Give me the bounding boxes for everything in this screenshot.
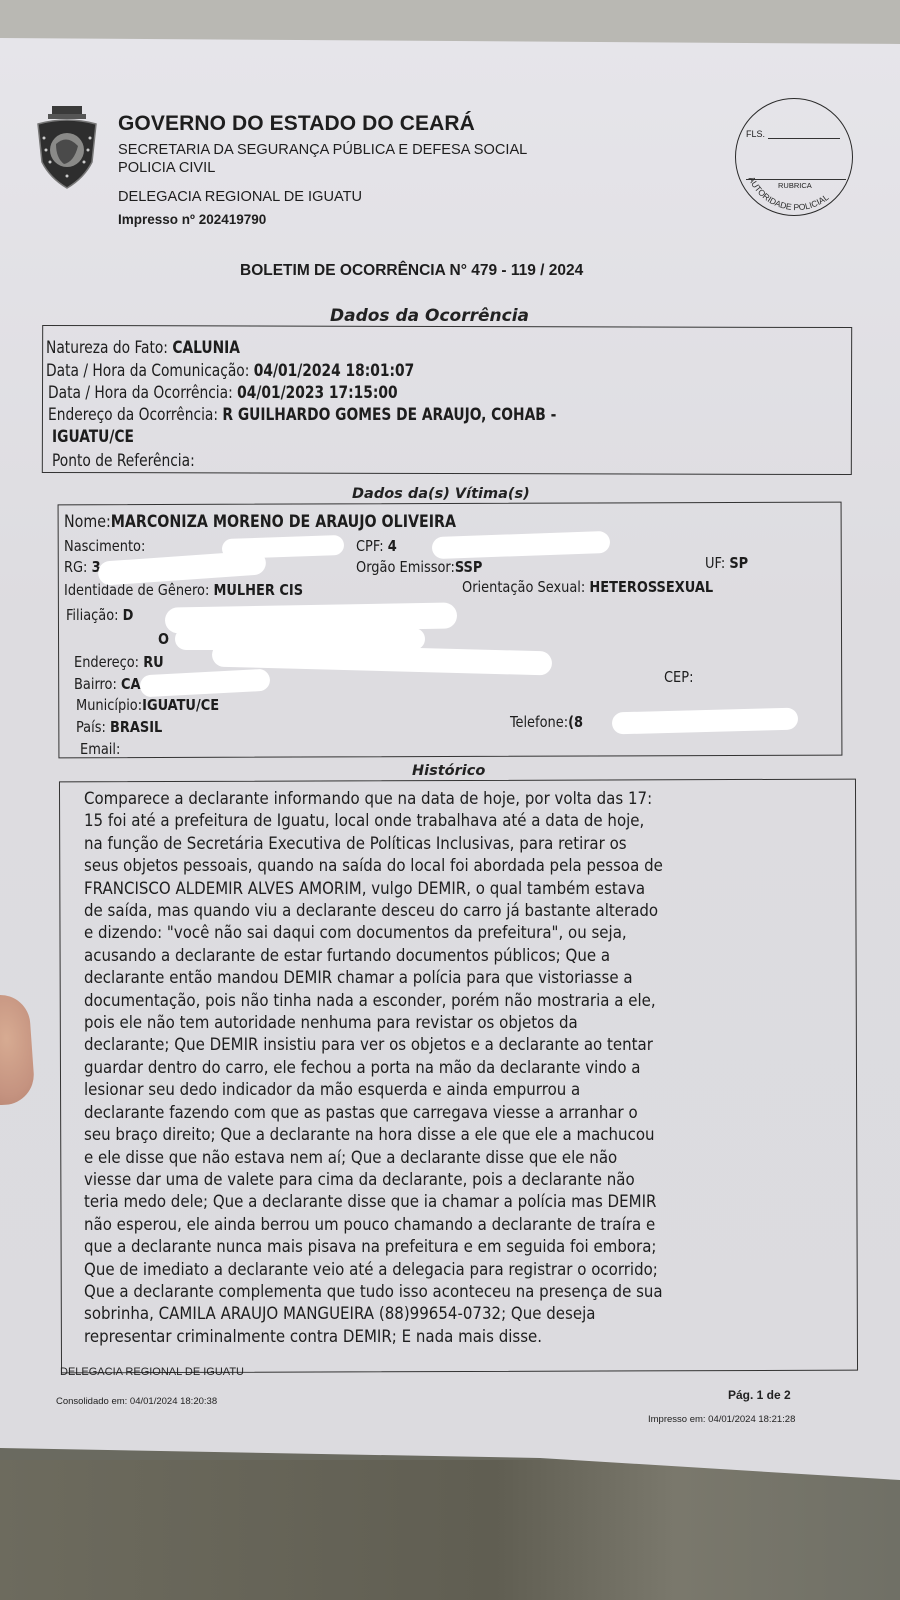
secretariat-name: SECRETARIA DA SEGURANÇA PÚBLICA E DEFESA… (118, 142, 527, 158)
field-value: IGUATU/CE (52, 427, 134, 446)
parents-label: Filiação: (66, 606, 119, 624)
issuer-label: Orgão Emissor: (356, 558, 455, 576)
page-indicator: Pág. 1 de 2 (728, 1388, 791, 1402)
government-title: GOVERNO DO ESTADO DO CEARÁ (118, 112, 475, 136)
history-line: documentação, pois não tinha nada a esco… (84, 990, 790, 1012)
field-label: Data / Hora da Ocorrência: (48, 383, 237, 402)
victim-orientation-row: Orientação Sexual: HETEROSSEXUAL (462, 578, 713, 596)
victim-birth-row: Nascimento: (64, 537, 145, 555)
field-value: R GUILHARDO GOMES DE ARAUJO, COHAB - (222, 405, 556, 424)
history-line: de saída, mas quando viu a declarante de… (84, 900, 790, 922)
police-name: POLICIA CIVIL (118, 160, 215, 176)
history-line: teria medo dele; Que a declarante disse … (84, 1191, 790, 1213)
gender-value: MULHER CIS (213, 581, 303, 599)
history-line: pois ele não tem autoridade nenhuma para… (84, 1012, 790, 1034)
cpf-value: 4 (388, 537, 397, 555)
victim-phone-row: Telefone:(8 (510, 713, 583, 731)
district-label: Bairro: (74, 675, 117, 693)
district-value: CA (121, 675, 141, 693)
victim-gender-row: Identidade de Gênero: MULHER CIS (64, 581, 303, 599)
country-value: BRASIL (110, 718, 162, 736)
orientation-value: HETEROSSEXUAL (589, 578, 713, 596)
birth-label: Nascimento: (64, 537, 145, 555)
gender-label: Identidade de Gênero: (64, 581, 209, 599)
svg-text:AUTORIDADE POLICIAL: AUTORIDADE POLICIAL (747, 175, 831, 212)
field-value: 04/01/2024 18:01:07 (254, 361, 414, 380)
history-line: que a declarante nunca mais pisava na pr… (84, 1236, 790, 1258)
history-line: e ele disse que não estava nem aí; Que a… (84, 1147, 790, 1169)
city-value: IGUATU/CE (142, 696, 219, 714)
report-title: BOLETIM DE OCORRÊNCIA N° 479 - 119 / 202… (240, 262, 583, 280)
history-line: guardar dentro do carro, ele fechou a po… (84, 1057, 790, 1079)
state-coat-of-arms-icon (34, 104, 100, 190)
victim-rg-row: RG: 3 (64, 558, 101, 576)
parents-value-2: O (158, 630, 169, 648)
occurrence-field-row: Ponto de Referência: (52, 451, 195, 470)
stamp-arc-text: AUTORIDADE POLICIAL (736, 99, 852, 215)
footer-consolidated: Consolidado em: 04/01/2024 18:20:38 (56, 1396, 217, 1407)
occurrence-field-row: Endereço da Ocorrência: R GUILHARDO GOME… (48, 405, 556, 424)
parents-value: D (123, 606, 134, 624)
victim-address-row: Endereço: RU (74, 653, 164, 671)
field-value: CALUNIA (172, 338, 240, 357)
station-name: DELEGACIA REGIONAL DE IGUATU (118, 189, 362, 205)
rg-label: RG: (64, 558, 87, 576)
address-label: Endereço: (74, 653, 139, 671)
victim-uf-row: UF: SP (705, 554, 748, 572)
history-line: sobrinha, CAMILA ARAUJO MANGUEIRA (88)99… (84, 1303, 790, 1325)
email-label: Email: (80, 740, 120, 758)
background-surface (0, 1460, 900, 1600)
issuer-value: SSP (455, 558, 483, 576)
history-line: declarante fazendo com que as pastas que… (84, 1102, 790, 1124)
history-line: lesionar seu dedo indicador da mão esque… (84, 1079, 790, 1101)
victim-district-row: Bairro: CA (74, 675, 141, 693)
victim-section-title: Dados da(s) Vítima(s) (352, 486, 530, 502)
victim-parents-row: Filiação: D (66, 606, 133, 624)
history-line: representar criminalmente contra DEMIR; … (84, 1326, 790, 1348)
name-label: Nome: (64, 512, 111, 532)
field-label: Natureza do Fato: (46, 338, 172, 357)
victim-name-row: Nome:MARCONIZA MORENO DE ARAUJO OLIVEIRA (64, 512, 456, 532)
occurrence-field-row: IGUATU/CE (52, 427, 134, 446)
victim-email-row: Email: (80, 740, 120, 758)
victim-city-row: Município:IGUATU/CE (76, 696, 219, 714)
history-line: Que de imediato a declarante veio até a … (84, 1259, 790, 1281)
cep-label: CEP: (664, 668, 693, 686)
orientation-label: Orientação Sexual: (462, 578, 585, 596)
occurrence-field-row: Data / Hora da Ocorrência: 04/01/2023 17… (48, 383, 398, 402)
victim-name: MARCONIZA MORENO DE ARAUJO OLIVEIRA (111, 512, 456, 532)
history-line: FRANCISCO ALDEMIR ALVES AMORIM, vulgo DE… (84, 878, 790, 900)
footer-printed: Impresso em: 04/01/2024 18:21:28 (648, 1414, 795, 1425)
authority-stamp: FLS. RUBRICA AUTORIDADE POLICIAL (735, 98, 853, 216)
print-number: Impresso nº 202419790 (118, 212, 266, 227)
occurrence-field-row: Data / Hora da Comunicação: 04/01/2024 1… (46, 361, 414, 380)
history-line: e dizendo: "você não sai daqui com docum… (84, 922, 790, 944)
history-line: Comparece a declarante informando que na… (84, 788, 790, 810)
history-line: acusando a declarante de estar furtando … (84, 945, 790, 967)
history-line: Que a declarante complementa que tudo is… (84, 1281, 790, 1303)
country-label: País: (76, 718, 106, 736)
occurrence-section-title: Dados da Ocorrência (330, 306, 529, 326)
history-line: seus objetos pessoais, quando na saída d… (84, 855, 790, 877)
history-line: 15 foi até a prefeitura de Iguatu, local… (84, 810, 790, 832)
history-line: declarante; Que DEMIR insistiu para ver … (84, 1034, 790, 1056)
city-label: Município: (76, 696, 142, 714)
history-line: declarante então mandou DEMIR chamar a p… (84, 967, 790, 989)
phone-label: Telefone: (510, 713, 568, 731)
phone-value: (8 (568, 713, 583, 731)
field-label: Ponto de Referência: (52, 451, 195, 470)
victim-issuer-row: Orgão Emissor:SSP (356, 558, 482, 576)
occurrence-field-row: Natureza do Fato: CALUNIA (46, 338, 240, 357)
history-text: Comparece a declarante informando que na… (84, 788, 864, 1348)
victim-cep-row: CEP: (664, 668, 693, 686)
cpf-label: CPF: (356, 537, 384, 555)
field-value: 04/01/2023 17:15:00 (237, 383, 397, 402)
footer-station: DELEGACIA REGIONAL DE IGUATU (60, 1366, 244, 1378)
history-line: na função de Secretária Executiva de Pol… (84, 833, 790, 855)
field-label: Data / Hora da Comunicação: (46, 361, 254, 380)
history-line: não esperou, ele ainda berrou um pouco c… (84, 1214, 790, 1236)
history-section-title: Histórico (412, 763, 485, 779)
field-label: Endereço da Ocorrência: (48, 405, 222, 424)
uf-label: UF: (705, 554, 725, 572)
uf-value: SP (729, 554, 748, 572)
victim-country-row: País: BRASIL (76, 718, 162, 736)
history-line: viesse dar uma de valete para cima da de… (84, 1169, 790, 1191)
address-value: RU (143, 653, 164, 671)
victim-cpf-row: CPF: 4 (356, 537, 397, 555)
history-line: seu braço direito; Que a declarante na h… (84, 1124, 790, 1146)
victim-parents-row-2: O (158, 630, 169, 648)
